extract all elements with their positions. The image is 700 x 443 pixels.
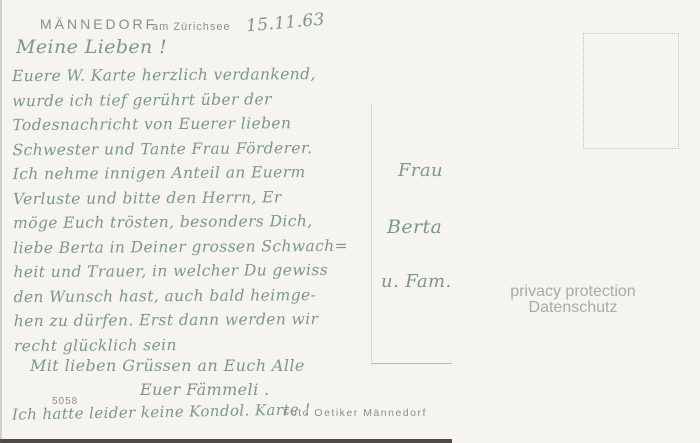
privacy-watermark: privacy protection Datenschutz: [468, 284, 678, 316]
privacy-watermark-line1: privacy protection: [468, 284, 678, 300]
salutation: Meine Lieben !: [16, 36, 167, 58]
message-line: liebe Berta in Deiner grossen Schwach=: [13, 233, 348, 260]
message-line: recht glücklich sein: [14, 331, 349, 358]
scan-left-edge: [0, 0, 2, 443]
message-line: Verluste und bitte den Herrn, Er: [13, 184, 348, 211]
center-divider-line: [371, 104, 372, 365]
message-line: wurde ich tief gerührt über der: [12, 86, 347, 113]
scan-bottom-edge: [0, 439, 452, 443]
closing-line: Mit lieben Grüssen an Euch Alle: [30, 356, 305, 375]
message-line: den Wunsch hast, auch bald heimge-: [14, 282, 349, 309]
handwritten-date: 15.11.63: [245, 10, 325, 37]
signature-line: Euer Fämmeli .: [140, 380, 270, 399]
message-line: Euere W. Karte herzlich verdankend,: [12, 62, 347, 89]
message-line: Ich nehme innigen Anteil an Euerm: [13, 160, 348, 187]
postcard-back: MÄNNEDORF am Zürichsee 15.11.63 Meine Li…: [0, 0, 700, 443]
address-rule-line: [372, 363, 452, 364]
message-line: heit und Trauer, in welcher Du gewiss: [13, 258, 348, 285]
message-line: möge Euch trösten, besonders Dich,: [13, 209, 348, 236]
message-line: Todesnachricht von Euerer lieben: [12, 111, 347, 138]
postcard-title: MÄNNEDORF: [40, 16, 157, 32]
message-line: Schwester und Tante Frau Förderer.: [12, 135, 347, 162]
postcard-subtitle: am Zürichsee: [152, 21, 231, 33]
message-body: Euere W. Karte herzlich verdankend, wurd…: [12, 62, 349, 358]
address-line: u. Fam.: [381, 271, 452, 292]
photographer-credit: Foto Oetiker Männedorf: [283, 407, 427, 419]
privacy-watermark-line2: Datenschutz: [468, 300, 678, 316]
stamp-box: [583, 33, 679, 149]
address-line: Frau: [398, 160, 443, 181]
address-line: Berta: [387, 216, 442, 238]
message-line: hen zu dürfen. Erst dann werden wir: [14, 307, 349, 334]
handwritten-footnote: Ich hatte leider keine Kondol. Karte !: [12, 400, 311, 423]
